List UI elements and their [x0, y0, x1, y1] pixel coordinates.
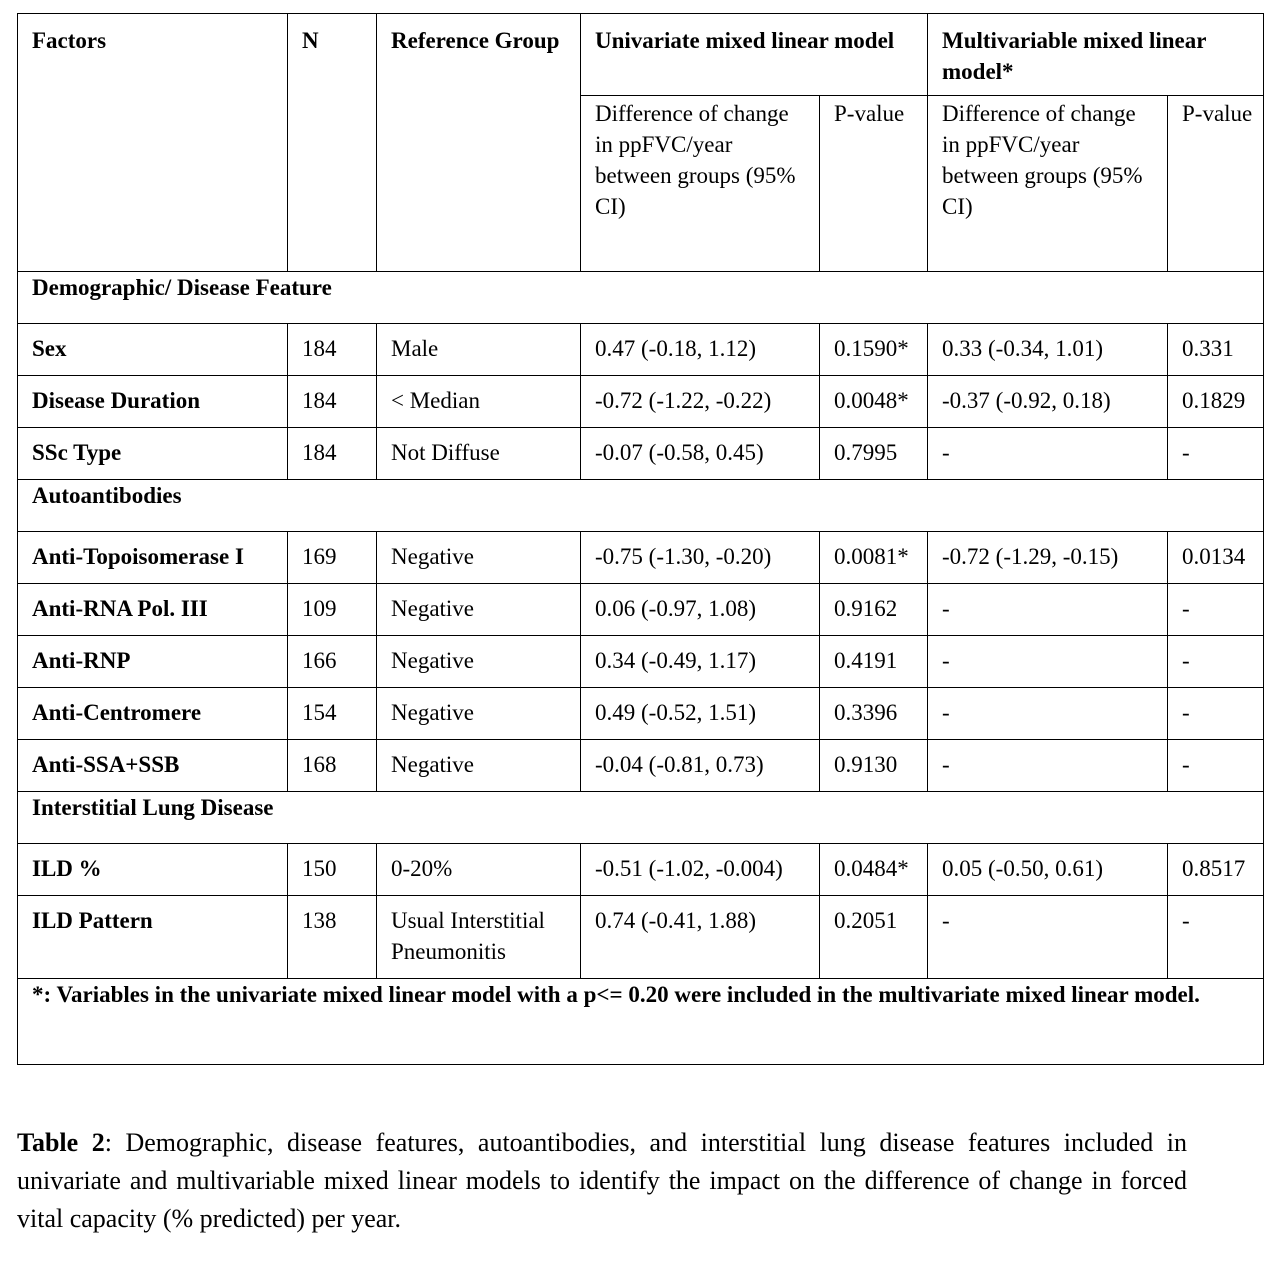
- multivariable-difference-cell: -: [928, 584, 1168, 636]
- univariate-p-value-cell: 0.2051: [820, 896, 928, 979]
- multivariable-difference-cell: 0.05 (-0.50, 0.61): [928, 844, 1168, 896]
- table-row: Anti-SSA+SSB168Negative-0.04 (-0.81, 0.7…: [18, 740, 1264, 792]
- univariate-difference-cell: 0.74 (-0.41, 1.88): [581, 896, 820, 979]
- multivariable-p-value-cell: 0.1829: [1168, 376, 1264, 428]
- reference-group-cell: Negative: [377, 584, 581, 636]
- univariate-difference-cell: 0.34 (-0.49, 1.17): [581, 636, 820, 688]
- footnote-row: *: Variables in the univariate mixed lin…: [18, 979, 1264, 1065]
- table-row: Sex184Male0.47 (-0.18, 1.12)0.1590*0.33 …: [18, 324, 1264, 376]
- reference-group-cell: Usual Interstitial Pneumonitis: [377, 896, 581, 979]
- header-row-primary: Factors N Reference Group Univariate mix…: [18, 14, 1264, 96]
- table-row: ILD Pattern138Usual Interstitial Pneumon…: [18, 896, 1264, 979]
- univariate-p-value-cell: 0.7995: [820, 428, 928, 480]
- univariate-p-value-cell: 0.0048*: [820, 376, 928, 428]
- header-multivariable-model: Multivariable mixed linear model*: [928, 14, 1264, 96]
- factor-cell: Disease Duration: [18, 376, 288, 428]
- univariate-difference-cell: -0.04 (-0.81, 0.73): [581, 740, 820, 792]
- multivariable-p-value-cell: -: [1168, 636, 1264, 688]
- univariate-p-value-cell: 0.9130: [820, 740, 928, 792]
- reference-group-cell: Negative: [377, 636, 581, 688]
- univariate-difference-cell: 0.47 (-0.18, 1.12): [581, 324, 820, 376]
- reference-group-cell: < Median: [377, 376, 581, 428]
- section-header-row: Demographic/ Disease Feature: [18, 272, 1264, 324]
- univariate-p-value-cell: 0.0484*: [820, 844, 928, 896]
- multivariable-difference-cell: -: [928, 428, 1168, 480]
- univariate-difference-cell: -0.51 (-1.02, -0.004): [581, 844, 820, 896]
- multivariable-difference-cell: -0.37 (-0.92, 0.18): [928, 376, 1168, 428]
- multivariable-difference-cell: -: [928, 740, 1168, 792]
- header-multivariable-p-value: P-value: [1168, 96, 1264, 272]
- n-cell: 184: [288, 324, 377, 376]
- caption-label: Table 2: [17, 1128, 105, 1157]
- multivariable-p-value-cell: -: [1168, 584, 1264, 636]
- section-title: Demographic/ Disease Feature: [18, 272, 1264, 324]
- table-row: Disease Duration184< Median-0.72 (-1.22,…: [18, 376, 1264, 428]
- n-cell: 169: [288, 532, 377, 584]
- n-cell: 184: [288, 428, 377, 480]
- caption-text: : Demographic, disease features, autoant…: [17, 1128, 1187, 1233]
- multivariable-difference-cell: -: [928, 688, 1168, 740]
- section-header-row: Interstitial Lung Disease: [18, 792, 1264, 844]
- reference-group-cell: 0-20%: [377, 844, 581, 896]
- multivariable-p-value-cell: 0.0134: [1168, 532, 1264, 584]
- table-row: Anti-RNA Pol. III109Negative0.06 (-0.97,…: [18, 584, 1264, 636]
- factor-cell: Sex: [18, 324, 288, 376]
- n-cell: 150: [288, 844, 377, 896]
- univariate-difference-cell: 0.06 (-0.97, 1.08): [581, 584, 820, 636]
- multivariable-p-value-cell: -: [1168, 896, 1264, 979]
- univariate-difference-cell: 0.49 (-0.52, 1.51): [581, 688, 820, 740]
- factor-cell: Anti-Centromere: [18, 688, 288, 740]
- factor-cell: ILD %: [18, 844, 288, 896]
- multivariable-difference-cell: -: [928, 636, 1168, 688]
- n-cell: 154: [288, 688, 377, 740]
- multivariable-p-value-cell: -: [1168, 740, 1264, 792]
- multivariable-p-value-cell: 0.8517: [1168, 844, 1264, 896]
- univariate-p-value-cell: 0.1590*: [820, 324, 928, 376]
- univariate-difference-cell: -0.72 (-1.22, -0.22): [581, 376, 820, 428]
- table-row: Anti-RNP166Negative0.34 (-0.49, 1.17)0.4…: [18, 636, 1264, 688]
- reference-group-cell: Not Diffuse: [377, 428, 581, 480]
- footnote: *: Variables in the univariate mixed lin…: [18, 979, 1264, 1065]
- multivariable-p-value-cell: -: [1168, 688, 1264, 740]
- header-univariate-model: Univariate mixed linear model: [581, 14, 928, 96]
- multivariable-difference-cell: 0.33 (-0.34, 1.01): [928, 324, 1168, 376]
- header-reference-group: Reference Group: [377, 14, 581, 272]
- reference-group-cell: Negative: [377, 688, 581, 740]
- section-title: Autoantibodies: [18, 480, 1264, 532]
- univariate-difference-cell: -0.75 (-1.30, -0.20): [581, 532, 820, 584]
- multivariable-difference-cell: -: [928, 896, 1168, 979]
- n-cell: 138: [288, 896, 377, 979]
- factor-cell: ILD Pattern: [18, 896, 288, 979]
- n-cell: 168: [288, 740, 377, 792]
- multivariable-p-value-cell: 0.331: [1168, 324, 1264, 376]
- factor-cell: Anti-SSA+SSB: [18, 740, 288, 792]
- reference-group-cell: Male: [377, 324, 581, 376]
- univariate-p-value-cell: 0.0081*: [820, 532, 928, 584]
- table-row: SSc Type184Not Diffuse-0.07 (-0.58, 0.45…: [18, 428, 1264, 480]
- section-title: Interstitial Lung Disease: [18, 792, 1264, 844]
- header-multivariable-difference: Difference of change in ppFVC/year betwe…: [928, 96, 1168, 272]
- table-caption: Table 2: Demographic, disease features, …: [17, 1124, 1187, 1238]
- univariate-p-value-cell: 0.9162: [820, 584, 928, 636]
- table-row: Anti-Topoisomerase I169Negative-0.75 (-1…: [18, 532, 1264, 584]
- n-cell: 109: [288, 584, 377, 636]
- reference-group-cell: Negative: [377, 740, 581, 792]
- univariate-difference-cell: -0.07 (-0.58, 0.45): [581, 428, 820, 480]
- table-row: Anti-Centromere154Negative0.49 (-0.52, 1…: [18, 688, 1264, 740]
- table-row: ILD %1500-20%-0.51 (-1.02, -0.004)0.0484…: [18, 844, 1264, 896]
- multivariable-p-value-cell: -: [1168, 428, 1264, 480]
- results-table: Factors N Reference Group Univariate mix…: [17, 13, 1264, 1065]
- univariate-p-value-cell: 0.4191: [820, 636, 928, 688]
- factor-cell: Anti-RNA Pol. III: [18, 584, 288, 636]
- section-header-row: Autoantibodies: [18, 480, 1264, 532]
- factor-cell: Anti-RNP: [18, 636, 288, 688]
- factor-cell: SSc Type: [18, 428, 288, 480]
- n-cell: 166: [288, 636, 377, 688]
- factor-cell: Anti-Topoisomerase I: [18, 532, 288, 584]
- reference-group-cell: Negative: [377, 532, 581, 584]
- header-factors: Factors: [18, 14, 288, 272]
- univariate-p-value-cell: 0.3396: [820, 688, 928, 740]
- n-cell: 184: [288, 376, 377, 428]
- header-univariate-difference: Difference of change in ppFVC/year betwe…: [581, 96, 820, 272]
- multivariable-difference-cell: -0.72 (-1.29, -0.15): [928, 532, 1168, 584]
- header-univariate-p-value: P-value: [820, 96, 928, 272]
- header-n: N: [288, 14, 377, 272]
